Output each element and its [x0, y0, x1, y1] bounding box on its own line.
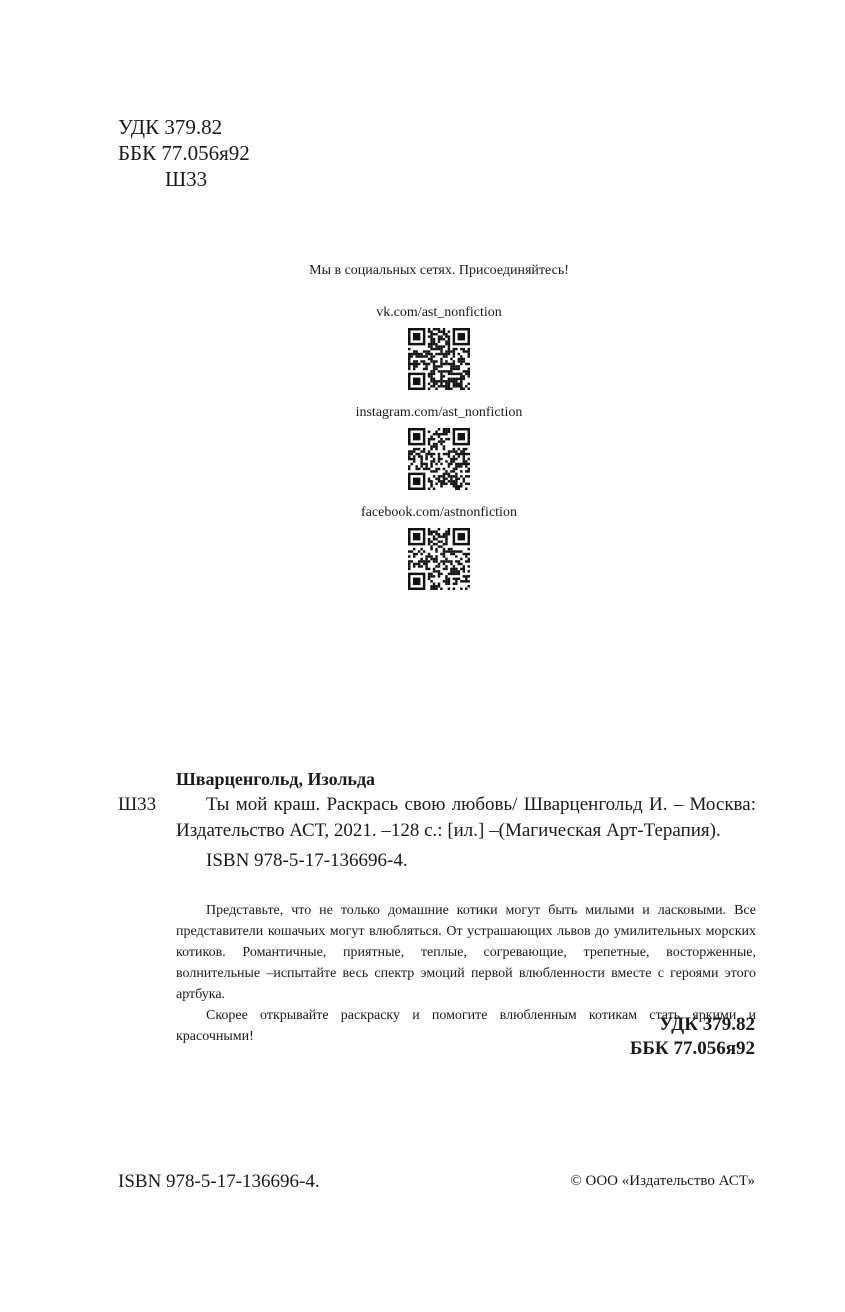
social-instagram: instagram.com/ast_nonfiction: [0, 404, 845, 490]
udk-code: УДК 379.82: [630, 1013, 755, 1037]
bbk-code: ББК 77.056я92: [118, 140, 250, 166]
vk-link[interactable]: vk.com/ast_nonfiction: [0, 304, 845, 322]
entry-description: Ты мой краш. Раскрась свою любовь/ Шварц…: [176, 792, 756, 844]
bbk-code: ББК 77.056я92: [630, 1037, 755, 1061]
author-mark: Ш33: [118, 166, 250, 192]
udk-code: УДК 379.82: [118, 114, 250, 140]
facebook-link[interactable]: facebook.com/astnonfiction: [0, 504, 845, 522]
footer-copyright: © ООО «Издательство АСТ»: [570, 1173, 755, 1190]
annotation-paragraph: Представьте, что не только домашние коти…: [176, 900, 756, 1005]
entry-code: Ш33: [118, 792, 176, 844]
footer-isbn: ISBN 978-5-17-136696-4.: [118, 1171, 320, 1193]
qr-code-icon: [408, 528, 470, 590]
social-heading: Мы в социальных сетях. Присоединяйтесь!: [0, 263, 845, 279]
catalog-entry: Шварценгольд, Изольда Ш33 Ты мой краш. Р…: [118, 766, 756, 874]
classification-bottom: УДК 379.82 ББК 77.056я92: [630, 1013, 755, 1061]
social-facebook: facebook.com/astnonfiction: [0, 504, 845, 590]
social-vk: vk.com/ast_nonfiction: [0, 304, 845, 390]
classification-top: УДК 379.82 ББК 77.056я92 Ш33: [118, 114, 250, 192]
qr-code-icon: [408, 328, 470, 390]
entry-author: Шварценгольд, Изольда: [118, 766, 756, 792]
entry-isbn: ISBN 978-5-17-136696-4.: [118, 848, 756, 874]
qr-code-icon: [408, 428, 470, 490]
instagram-link[interactable]: instagram.com/ast_nonfiction: [0, 404, 845, 422]
